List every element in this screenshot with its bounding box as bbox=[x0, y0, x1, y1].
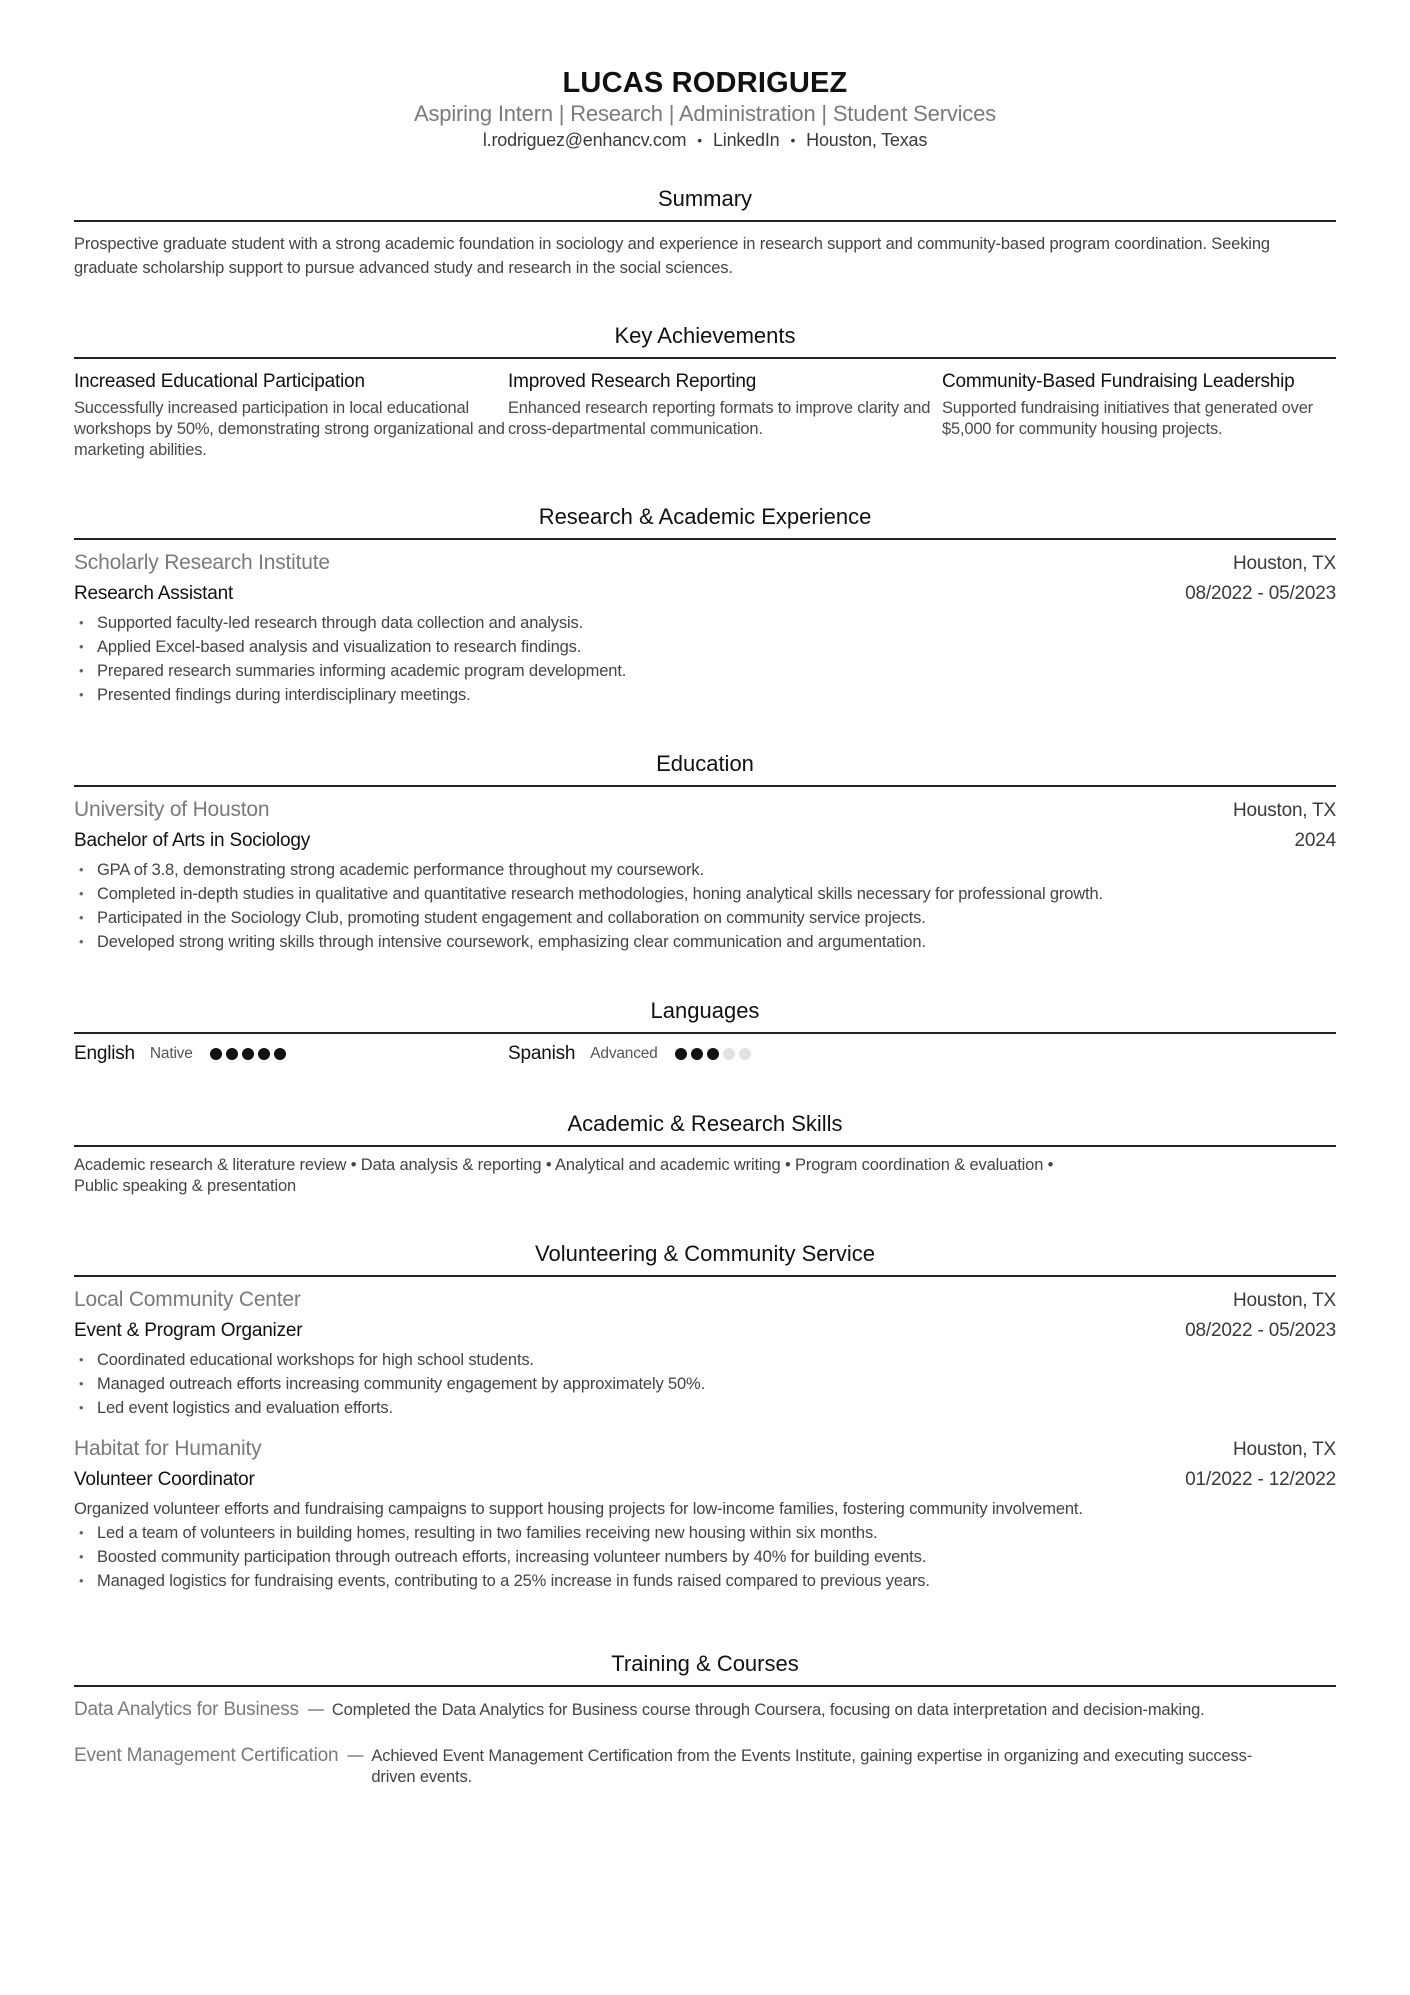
languages-row: English Native Spanish Advanced bbox=[74, 1043, 1336, 1065]
organization-name: Local Community Center bbox=[74, 1285, 301, 1315]
resume-header: LUCAS RODRIGUEZ Aspiring Intern | Resear… bbox=[74, 0, 1336, 153]
course-name: Event Management Certification bbox=[74, 1745, 338, 1788]
resume-page: LUCAS RODRIGUEZ Aspiring Intern | Resear… bbox=[74, 0, 1336, 153]
entry-dates: 08/2022 - 05/2023 bbox=[1185, 579, 1336, 609]
organization-name: Habitat for Humanity bbox=[74, 1434, 261, 1464]
achievement-item: Improved Research Reporting Enhanced res… bbox=[508, 369, 942, 461]
section-divider bbox=[74, 1032, 1336, 1034]
organization-name: Scholarly Research Institute bbox=[74, 548, 330, 578]
section-title: Training & Courses bbox=[74, 1650, 1336, 1680]
bullet-item: Managed outreach efforts increasing comm… bbox=[74, 1372, 1336, 1396]
contact-email[interactable]: l.rodriguez@enhancv.com bbox=[483, 130, 686, 150]
section-languages: Languages English Native Spanish Advance… bbox=[74, 997, 1336, 1065]
achievement-title: Increased Educational Participation bbox=[74, 369, 508, 395]
section-divider bbox=[74, 1685, 1336, 1687]
entry-dates: 2024 bbox=[1295, 826, 1336, 856]
language-name: Spanish bbox=[508, 1043, 575, 1065]
section-title: Education bbox=[74, 750, 1336, 780]
bullet-item: Presented findings during interdisciplin… bbox=[74, 683, 1336, 707]
section-title: Key Achievements bbox=[74, 322, 1336, 352]
degree-title: Bachelor of Arts in Sociology bbox=[74, 826, 310, 856]
training-item: Event Management Certification — Achieve… bbox=[74, 1745, 1336, 1788]
entry-location: Houston, TX bbox=[1233, 796, 1336, 826]
section-summary: Summary Prospective graduate student wit… bbox=[74, 185, 1336, 280]
summary-text: Prospective graduate student with a stro… bbox=[74, 232, 1336, 280]
empty-dot-icon bbox=[723, 1048, 735, 1060]
proficiency-dots bbox=[210, 1048, 290, 1060]
section-skills: Academic & Research Skills Academic rese… bbox=[74, 1110, 1336, 1197]
bullet-item: Participated in the Sociology Club, prom… bbox=[74, 906, 1336, 930]
dash-separator: — bbox=[347, 1745, 363, 1788]
bullet-item: Developed strong writing skills through … bbox=[74, 930, 1336, 954]
bullet-item: Completed in-depth studies in qualitativ… bbox=[74, 882, 1336, 906]
bullet-item: GPA of 3.8, demonstrating strong academi… bbox=[74, 858, 1336, 882]
section-divider bbox=[74, 1275, 1336, 1277]
section-divider bbox=[74, 220, 1336, 222]
entry-description: Organized volunteer efforts and fundrais… bbox=[74, 1497, 1336, 1521]
language-item: English Native bbox=[74, 1043, 508, 1065]
skills-line: Academic research & literature review • … bbox=[74, 1155, 1336, 1176]
achievement-title: Improved Research Reporting bbox=[508, 369, 942, 395]
entry-dates: 01/2022 - 12/2022 bbox=[1185, 1465, 1336, 1495]
entry-location: Houston, TX bbox=[1233, 1435, 1336, 1465]
skills-text: Academic research & literature review • … bbox=[74, 1155, 1336, 1197]
bullet-list: Led a team of volunteers in building hom… bbox=[74, 1521, 1336, 1593]
section-title: Research & Academic Experience bbox=[74, 503, 1336, 533]
filled-dot-icon bbox=[210, 1048, 222, 1060]
education-entry: University of Houston Houston, TX Bachel… bbox=[74, 795, 1336, 954]
volunteering-entry: Local Community Center Houston, TX Event… bbox=[74, 1285, 1336, 1420]
filled-dot-icon bbox=[691, 1048, 703, 1060]
bullet-item: Applied Excel-based analysis and visuali… bbox=[74, 635, 1336, 659]
achievement-desc: Successfully increased participation in … bbox=[74, 398, 508, 461]
institution-name: University of Houston bbox=[74, 795, 269, 825]
section-title: Languages bbox=[74, 997, 1336, 1027]
bullet-item: Managed logistics for fundraising events… bbox=[74, 1569, 1336, 1593]
language-name: English bbox=[74, 1043, 135, 1065]
training-item: Data Analytics for Business — Completed … bbox=[74, 1699, 1336, 1721]
bullet-item: Prepared research summaries informing ac… bbox=[74, 659, 1336, 683]
section-key-achievements: Key Achievements Increased Educational P… bbox=[74, 322, 1336, 461]
bullet-list: Coordinated educational workshops for hi… bbox=[74, 1348, 1336, 1420]
role-title: Research Assistant bbox=[74, 579, 233, 609]
filled-dot-icon bbox=[226, 1048, 238, 1060]
bullet-item: Led event logistics and evaluation effor… bbox=[74, 1396, 1336, 1420]
filled-dot-icon bbox=[258, 1048, 270, 1060]
dash-separator: — bbox=[308, 1699, 324, 1721]
language-level: Native bbox=[150, 1045, 193, 1063]
course-desc: Completed the Data Analytics for Busines… bbox=[332, 1699, 1252, 1721]
section-title: Volunteering & Community Service bbox=[74, 1240, 1336, 1270]
section-title: Academic & Research Skills bbox=[74, 1110, 1336, 1140]
contact-line: l.rodriguez@enhancv.com•LinkedIn•Houston… bbox=[74, 128, 1336, 153]
bullet-separator: • bbox=[697, 128, 702, 152]
achievement-item: Community-Based Fundraising Leadership S… bbox=[942, 369, 1336, 461]
language-item: Spanish Advanced bbox=[508, 1043, 942, 1065]
section-divider bbox=[74, 357, 1336, 359]
empty-dot-icon bbox=[739, 1048, 751, 1060]
role-title: Event & Program Organizer bbox=[74, 1316, 302, 1346]
section-experience: Research & Academic Experience Scholarly… bbox=[74, 503, 1336, 707]
section-training: Training & Courses Data Analytics for Bu… bbox=[74, 1650, 1336, 1788]
bullet-item: Coordinated educational workshops for hi… bbox=[74, 1348, 1336, 1372]
entry-location: Houston, TX bbox=[1233, 549, 1336, 579]
filled-dot-icon bbox=[707, 1048, 719, 1060]
candidate-tagline: Aspiring Intern | Research | Administrat… bbox=[74, 100, 1336, 128]
course-name: Data Analytics for Business bbox=[74, 1699, 299, 1721]
section-volunteering: Volunteering & Community Service Local C… bbox=[74, 1240, 1336, 1593]
achievements-grid: Increased Educational Participation Succ… bbox=[74, 369, 1336, 461]
entry-dates: 08/2022 - 05/2023 bbox=[1185, 1316, 1336, 1346]
bullet-item: Supported faculty-led research through d… bbox=[74, 611, 1336, 635]
bullet-list: GPA of 3.8, demonstrating strong academi… bbox=[74, 858, 1336, 954]
experience-entry: Scholarly Research Institute Houston, TX… bbox=[74, 548, 1336, 707]
section-divider bbox=[74, 538, 1336, 540]
bullet-item: Led a team of volunteers in building hom… bbox=[74, 1521, 1336, 1545]
section-title: Summary bbox=[74, 185, 1336, 215]
filled-dot-icon bbox=[675, 1048, 687, 1060]
language-level: Advanced bbox=[590, 1045, 657, 1063]
candidate-name: LUCAS RODRIGUEZ bbox=[74, 66, 1336, 100]
entry-location: Houston, TX bbox=[1233, 1286, 1336, 1316]
achievement-desc: Supported fundraising initiatives that g… bbox=[942, 398, 1336, 440]
achievement-title: Community-Based Fundraising Leadership bbox=[942, 369, 1336, 395]
section-divider bbox=[74, 785, 1336, 787]
contact-location: Houston, Texas bbox=[806, 130, 927, 150]
skills-line: Public speaking & presentation bbox=[74, 1176, 1336, 1197]
achievement-desc: Enhanced research reporting formats to i… bbox=[508, 398, 942, 440]
achievement-item: Increased Educational Participation Succ… bbox=[74, 369, 508, 461]
proficiency-dots bbox=[675, 1048, 755, 1060]
filled-dot-icon bbox=[274, 1048, 286, 1060]
bullet-list: Supported faculty-led research through d… bbox=[74, 611, 1336, 707]
role-title: Volunteer Coordinator bbox=[74, 1465, 255, 1495]
section-education: Education University of Houston Houston,… bbox=[74, 750, 1336, 954]
section-divider bbox=[74, 1145, 1336, 1147]
bullet-item: Boosted community participation through … bbox=[74, 1545, 1336, 1569]
contact-linkedin[interactable]: LinkedIn bbox=[713, 130, 779, 150]
course-desc: Achieved Event Management Certification … bbox=[371, 1745, 1271, 1788]
bullet-separator: • bbox=[790, 128, 795, 152]
filled-dot-icon bbox=[242, 1048, 254, 1060]
volunteering-entry: Habitat for Humanity Houston, TX Volunte… bbox=[74, 1434, 1336, 1593]
